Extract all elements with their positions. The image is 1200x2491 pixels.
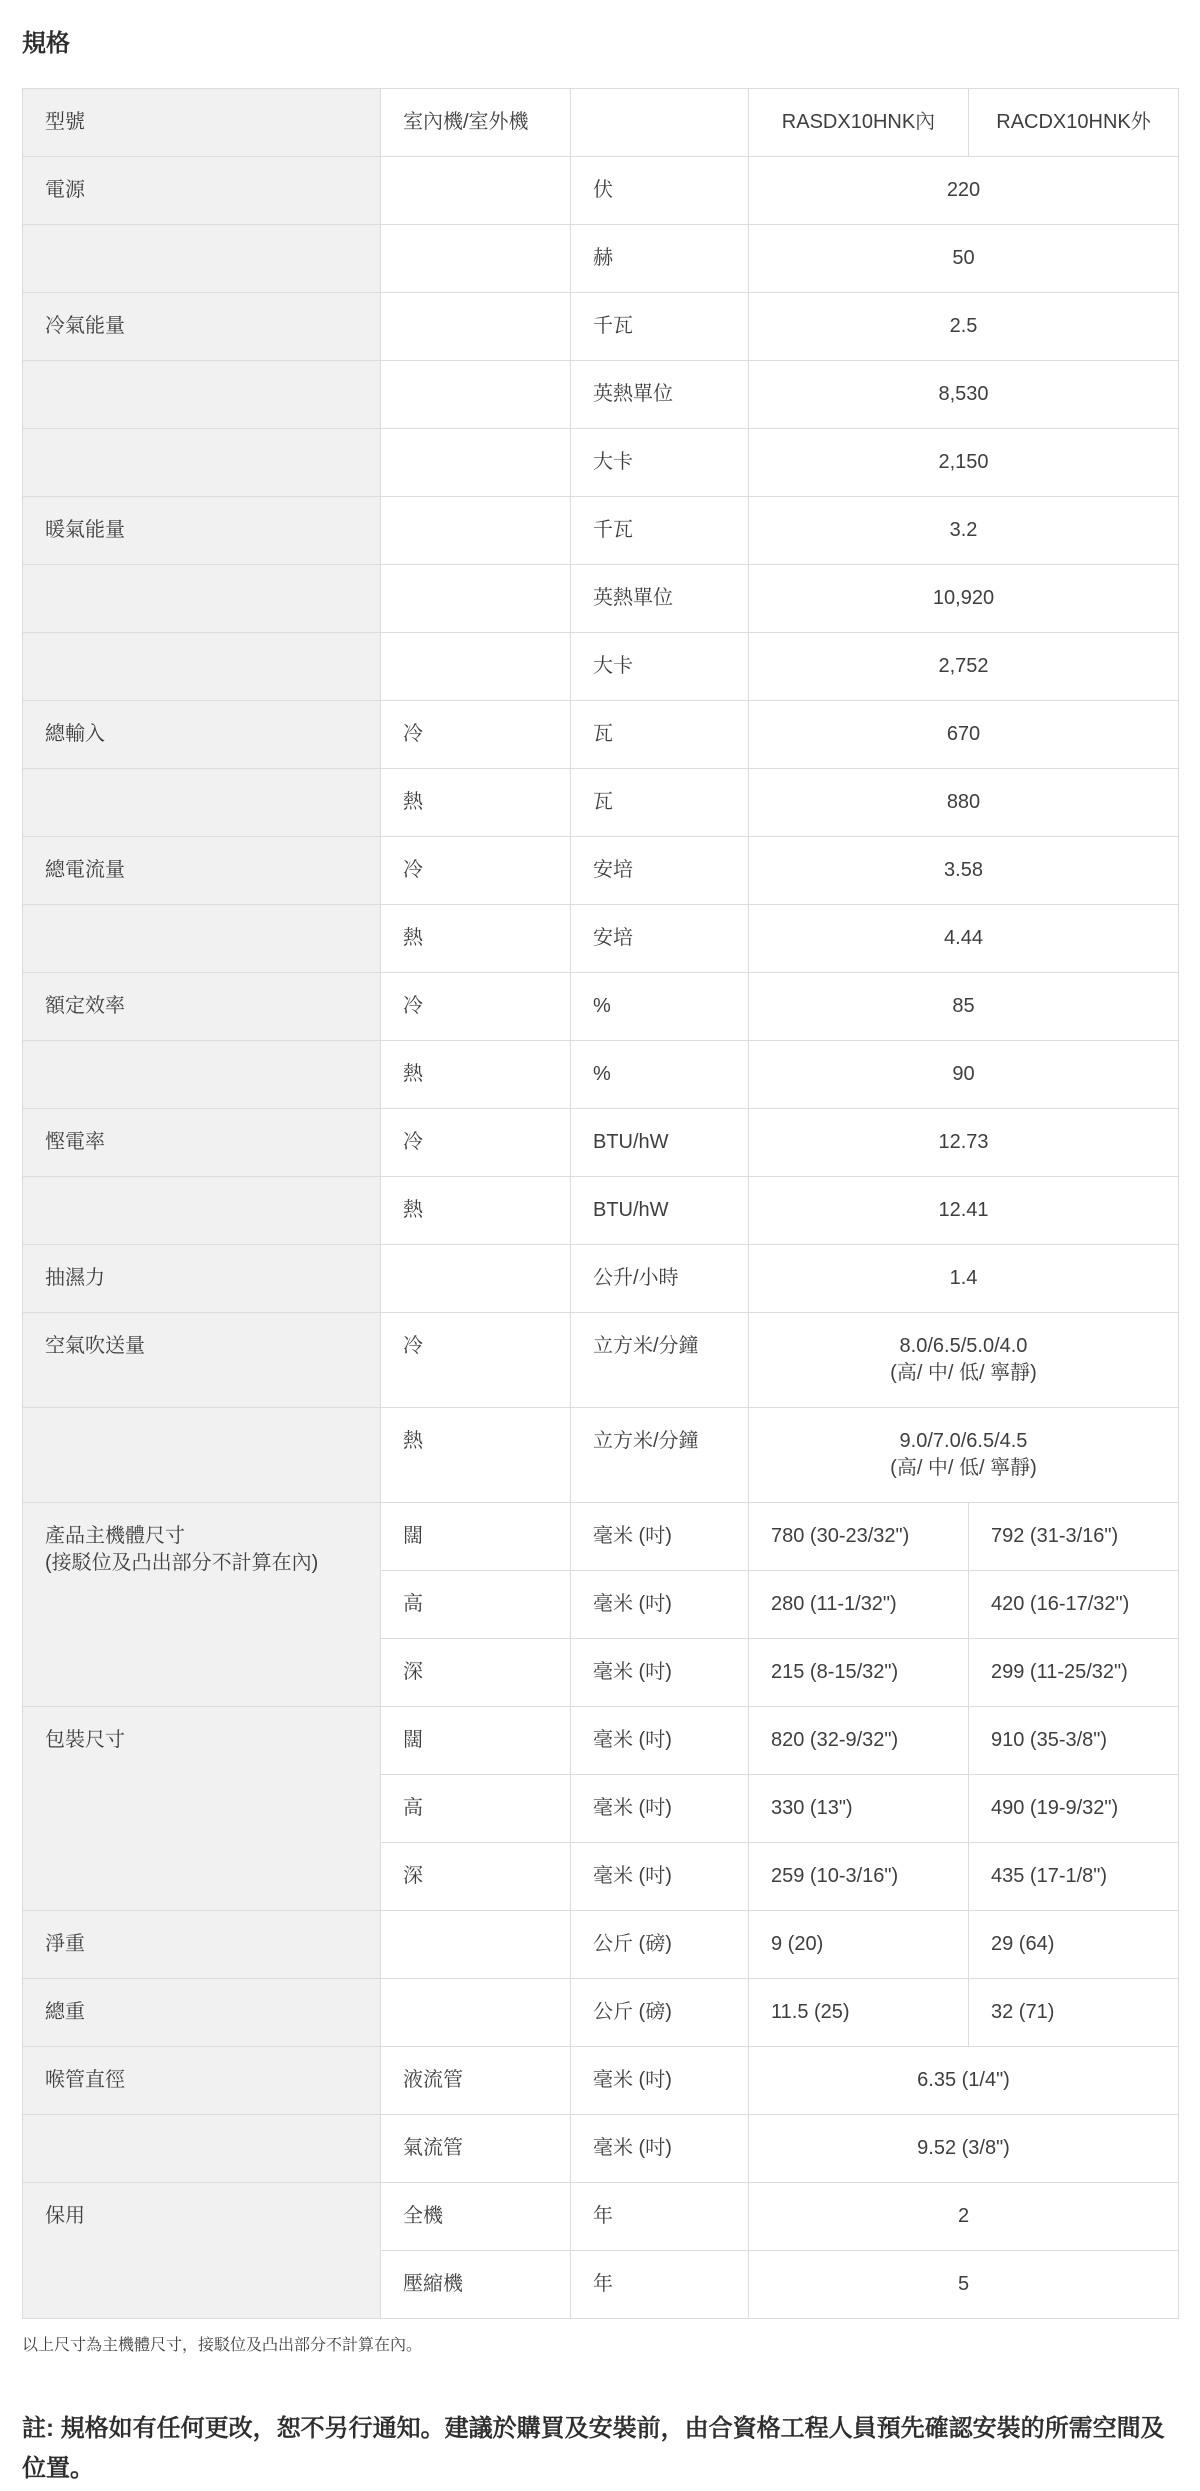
spec-value-cell: 910 (35-3/8") bbox=[969, 1707, 1179, 1775]
spec-sub-cell: 熱 bbox=[381, 1408, 571, 1503]
spec-unit-cell: 毫米 (吋) bbox=[571, 2115, 749, 2183]
table-row: 額定效率冷%85 bbox=[23, 973, 1179, 1041]
spec-sub-cell: 壓縮機 bbox=[381, 2251, 571, 2319]
spec-label-cell: 產品主機體尺寸(接駁位及凸出部分不計算在內) bbox=[23, 1503, 381, 1707]
spec-sub-cell: 室內機/室外機 bbox=[381, 89, 571, 157]
table-row: 熱%90 bbox=[23, 1041, 1179, 1109]
spec-sub-cell: 熱 bbox=[381, 769, 571, 837]
table-row: 抽濕力公升/小時1.4 bbox=[23, 1245, 1179, 1313]
spec-sub-cell bbox=[381, 157, 571, 225]
spec-unit-cell: 瓦 bbox=[571, 769, 749, 837]
table-row: 空氣吹送量冷立方米/分鐘8.0/6.5/5.0/4.0(高/ 中/ 低/ 寧靜) bbox=[23, 1313, 1179, 1408]
spec-label-cell: 喉管直徑 bbox=[23, 2047, 381, 2115]
spec-value-cell: 3.2 bbox=[749, 497, 1179, 565]
table-row: 英熱單位10,920 bbox=[23, 565, 1179, 633]
table-row: 總電流量冷安培3.58 bbox=[23, 837, 1179, 905]
spec-value-cell: 85 bbox=[749, 973, 1179, 1041]
spec-value-cell: 880 bbox=[749, 769, 1179, 837]
spec-sub-cell: 深 bbox=[381, 1843, 571, 1911]
spec-unit-cell: 大卡 bbox=[571, 429, 749, 497]
spec-unit-cell: 千瓦 bbox=[571, 497, 749, 565]
spec-sub-cell bbox=[381, 293, 571, 361]
spec-unit-cell: 瓦 bbox=[571, 701, 749, 769]
spec-label-cell bbox=[23, 225, 381, 293]
spec-sub-cell: 高 bbox=[381, 1571, 571, 1639]
spec-label-cell: 電源 bbox=[23, 157, 381, 225]
table-row: 產品主機體尺寸(接駁位及凸出部分不計算在內)闊毫米 (吋)780 (30-23/… bbox=[23, 1503, 1179, 1571]
spec-unit-cell: 大卡 bbox=[571, 633, 749, 701]
spec-value-cell: 2,150 bbox=[749, 429, 1179, 497]
spec-table: 型號室內機/室外機RASDX10HNK內RACDX10HNK外電源伏220赫50… bbox=[22, 88, 1179, 2319]
spec-sub-cell: 氣流管 bbox=[381, 2115, 571, 2183]
spec-label-cell: 淨重 bbox=[23, 1911, 381, 1979]
table-footnote: 以上尺寸為主機體尺寸，接駁位及凸出部分不計算在內。 bbox=[22, 2335, 1178, 2357]
spec-value-cell: 220 bbox=[749, 157, 1179, 225]
spec-label-cell: 暖氣能量 bbox=[23, 497, 381, 565]
spec-unit-cell: 毫米 (吋) bbox=[571, 1775, 749, 1843]
spec-unit-cell: 安培 bbox=[571, 837, 749, 905]
spec-unit-cell bbox=[571, 89, 749, 157]
spec-label-cell: 總重 bbox=[23, 1979, 381, 2047]
spec-value-cell: 29 (64) bbox=[969, 1911, 1179, 1979]
spec-unit-cell: 毫米 (吋) bbox=[571, 1503, 749, 1571]
spec-table-body: 型號室內機/室外機RASDX10HNK內RACDX10HNK外電源伏220赫50… bbox=[23, 89, 1179, 2319]
spec-unit-cell: 毫米 (吋) bbox=[571, 2047, 749, 2115]
table-row: 電源伏220 bbox=[23, 157, 1179, 225]
spec-sub-cell bbox=[381, 1911, 571, 1979]
spec-label-cell: 慳電率 bbox=[23, 1109, 381, 1177]
spec-unit-cell: 年 bbox=[571, 2251, 749, 2319]
spec-value-cell: 4.44 bbox=[749, 905, 1179, 973]
spec-label-cell bbox=[23, 361, 381, 429]
spec-value-cell: 2,752 bbox=[749, 633, 1179, 701]
spec-sub-cell bbox=[381, 565, 571, 633]
spec-value-cell: 2 bbox=[749, 2183, 1179, 2251]
spec-sub-cell: 液流管 bbox=[381, 2047, 571, 2115]
spec-unit-cell: 公升/小時 bbox=[571, 1245, 749, 1313]
spec-label-cell bbox=[23, 429, 381, 497]
spec-value-cell: 50 bbox=[749, 225, 1179, 293]
spec-sub-cell bbox=[381, 361, 571, 429]
spec-label-cell: 抽濕力 bbox=[23, 1245, 381, 1313]
spec-label-cell: 總輸入 bbox=[23, 701, 381, 769]
spec-label-cell: 冷氣能量 bbox=[23, 293, 381, 361]
spec-value-cell: 1.4 bbox=[749, 1245, 1179, 1313]
table-row: 氣流管毫米 (吋)9.52 (3/8") bbox=[23, 2115, 1179, 2183]
spec-model-cell: RASDX10HNK內 bbox=[749, 89, 969, 157]
spec-unit-cell: 英熱單位 bbox=[571, 361, 749, 429]
table-row: 冷氣能量千瓦2.5 bbox=[23, 293, 1179, 361]
spec-value-cell: 259 (10-3/16") bbox=[749, 1843, 969, 1911]
table-row: 型號室內機/室外機RASDX10HNK內RACDX10HNK外 bbox=[23, 89, 1179, 157]
spec-value-cell: 3.58 bbox=[749, 837, 1179, 905]
table-row: 熱BTU/hW12.41 bbox=[23, 1177, 1179, 1245]
spec-label-cell: 保用 bbox=[23, 2183, 381, 2319]
table-row: 淨重公斤 (磅)9 (20)29 (64) bbox=[23, 1911, 1179, 1979]
table-row: 熱瓦880 bbox=[23, 769, 1179, 837]
table-row: 總重公斤 (磅)11.5 (25)32 (71) bbox=[23, 1979, 1179, 2047]
spec-sub-cell bbox=[381, 1245, 571, 1313]
spec-label-cell: 額定效率 bbox=[23, 973, 381, 1041]
spec-value-cell: 9 (20) bbox=[749, 1911, 969, 1979]
spec-sub-cell: 熱 bbox=[381, 1041, 571, 1109]
spec-unit-cell: 毫米 (吋) bbox=[571, 1571, 749, 1639]
spec-sub-cell bbox=[381, 497, 571, 565]
spec-value-cell: 435 (17-1/8") bbox=[969, 1843, 1179, 1911]
spec-sub-cell: 冷 bbox=[381, 1109, 571, 1177]
spec-sub-cell: 冷 bbox=[381, 701, 571, 769]
disclaimer-note: 註: 規格如有任何更改，恕不另行通知。建議於購買及安裝前，由合資格工程人員預先確… bbox=[22, 2409, 1178, 2489]
spec-sub-cell bbox=[381, 1979, 571, 2047]
spec-unit-cell: 年 bbox=[571, 2183, 749, 2251]
spec-value-cell: 9.0/7.0/6.5/4.5(高/ 中/ 低/ 寧靜) bbox=[749, 1408, 1179, 1503]
table-row: 赫50 bbox=[23, 225, 1179, 293]
spec-sub-cell: 熱 bbox=[381, 905, 571, 973]
spec-sub-cell bbox=[381, 429, 571, 497]
spec-value-cell: 8.0/6.5/5.0/4.0(高/ 中/ 低/ 寧靜) bbox=[749, 1313, 1179, 1408]
spec-value-cell: 299 (11-25/32") bbox=[969, 1639, 1179, 1707]
table-row: 總輸入冷瓦670 bbox=[23, 701, 1179, 769]
spec-unit-cell: BTU/hW bbox=[571, 1177, 749, 1245]
page-title: 規格 bbox=[22, 30, 1178, 58]
spec-sub-cell bbox=[381, 225, 571, 293]
spec-label-cell bbox=[23, 565, 381, 633]
spec-unit-cell: 公斤 (磅) bbox=[571, 1979, 749, 2047]
spec-sub-cell: 冷 bbox=[381, 973, 571, 1041]
spec-sub-cell: 熱 bbox=[381, 1177, 571, 1245]
spec-sub-cell: 全機 bbox=[381, 2183, 571, 2251]
spec-value-cell: 6.35 (1/4") bbox=[749, 2047, 1179, 2115]
spec-unit-cell: 千瓦 bbox=[571, 293, 749, 361]
spec-value-cell: 12.41 bbox=[749, 1177, 1179, 1245]
spec-value-cell: 490 (19-9/32") bbox=[969, 1775, 1179, 1843]
spec-unit-cell: 安培 bbox=[571, 905, 749, 973]
table-row: 喉管直徑液流管毫米 (吋)6.35 (1/4") bbox=[23, 2047, 1179, 2115]
spec-value-cell: 780 (30-23/32") bbox=[749, 1503, 969, 1571]
table-row: 暖氣能量千瓦3.2 bbox=[23, 497, 1179, 565]
spec-label-cell bbox=[23, 905, 381, 973]
table-row: 熱安培4.44 bbox=[23, 905, 1179, 973]
spec-value-cell: 670 bbox=[749, 701, 1179, 769]
table-row: 包裝尺寸闊毫米 (吋)820 (32-9/32")910 (35-3/8") bbox=[23, 1707, 1179, 1775]
spec-unit-cell: 赫 bbox=[571, 225, 749, 293]
spec-value-cell: 792 (31-3/16") bbox=[969, 1503, 1179, 1571]
spec-sub-cell: 深 bbox=[381, 1639, 571, 1707]
spec-label-cell bbox=[23, 1177, 381, 1245]
spec-value-cell: 32 (71) bbox=[969, 1979, 1179, 2047]
spec-value-cell: 12.73 bbox=[749, 1109, 1179, 1177]
spec-unit-cell: % bbox=[571, 1041, 749, 1109]
spec-unit-cell: 伏 bbox=[571, 157, 749, 225]
spec-label-cell bbox=[23, 1041, 381, 1109]
spec-label-cell bbox=[23, 1408, 381, 1503]
spec-unit-cell: 毫米 (吋) bbox=[571, 1639, 749, 1707]
spec-sub-cell: 闊 bbox=[381, 1503, 571, 1571]
spec-unit-cell: % bbox=[571, 973, 749, 1041]
spec-unit-cell: 立方米/分鐘 bbox=[571, 1313, 749, 1408]
table-row: 大卡2,150 bbox=[23, 429, 1179, 497]
spec-value-cell: 8,530 bbox=[749, 361, 1179, 429]
spec-sub-cell: 闊 bbox=[381, 1707, 571, 1775]
spec-unit-cell: 立方米/分鐘 bbox=[571, 1408, 749, 1503]
spec-value-cell: 420 (16-17/32") bbox=[969, 1571, 1179, 1639]
spec-unit-cell: 英熱單位 bbox=[571, 565, 749, 633]
spec-value-cell: 2.5 bbox=[749, 293, 1179, 361]
spec-value-cell: 330 (13") bbox=[749, 1775, 969, 1843]
spec-value-cell: 280 (11-1/32") bbox=[749, 1571, 969, 1639]
spec-value-cell: 11.5 (25) bbox=[749, 1979, 969, 2047]
spec-unit-cell: 毫米 (吋) bbox=[571, 1843, 749, 1911]
spec-value-cell: 90 bbox=[749, 1041, 1179, 1109]
spec-unit-cell: 公斤 (磅) bbox=[571, 1911, 749, 1979]
spec-value-cell: 10,920 bbox=[749, 565, 1179, 633]
spec-sub-cell: 高 bbox=[381, 1775, 571, 1843]
spec-label-cell bbox=[23, 769, 381, 837]
table-row: 大卡2,752 bbox=[23, 633, 1179, 701]
spec-value-cell: 5 bbox=[749, 2251, 1179, 2319]
spec-value-cell: 9.52 (3/8") bbox=[749, 2115, 1179, 2183]
spec-label-cell: 空氣吹送量 bbox=[23, 1313, 381, 1408]
spec-value-cell: 820 (32-9/32") bbox=[749, 1707, 969, 1775]
spec-sub-cell: 冷 bbox=[381, 1313, 571, 1408]
spec-label-cell bbox=[23, 2115, 381, 2183]
spec-model-cell: RACDX10HNK外 bbox=[969, 89, 1179, 157]
spec-value-cell: 215 (8-15/32") bbox=[749, 1639, 969, 1707]
spec-sub-cell bbox=[381, 633, 571, 701]
spec-sub-cell: 冷 bbox=[381, 837, 571, 905]
spec-label-cell bbox=[23, 633, 381, 701]
spec-unit-cell: BTU/hW bbox=[571, 1109, 749, 1177]
spec-label-cell: 包裝尺寸 bbox=[23, 1707, 381, 1911]
table-row: 保用全機年2 bbox=[23, 2183, 1179, 2251]
table-row: 英熱單位8,530 bbox=[23, 361, 1179, 429]
table-row: 熱立方米/分鐘9.0/7.0/6.5/4.5(高/ 中/ 低/ 寧靜) bbox=[23, 1408, 1179, 1503]
spec-unit-cell: 毫米 (吋) bbox=[571, 1707, 749, 1775]
spec-label-cell: 總電流量 bbox=[23, 837, 381, 905]
table-row: 慳電率冷BTU/hW12.73 bbox=[23, 1109, 1179, 1177]
spec-label-cell: 型號 bbox=[23, 89, 381, 157]
